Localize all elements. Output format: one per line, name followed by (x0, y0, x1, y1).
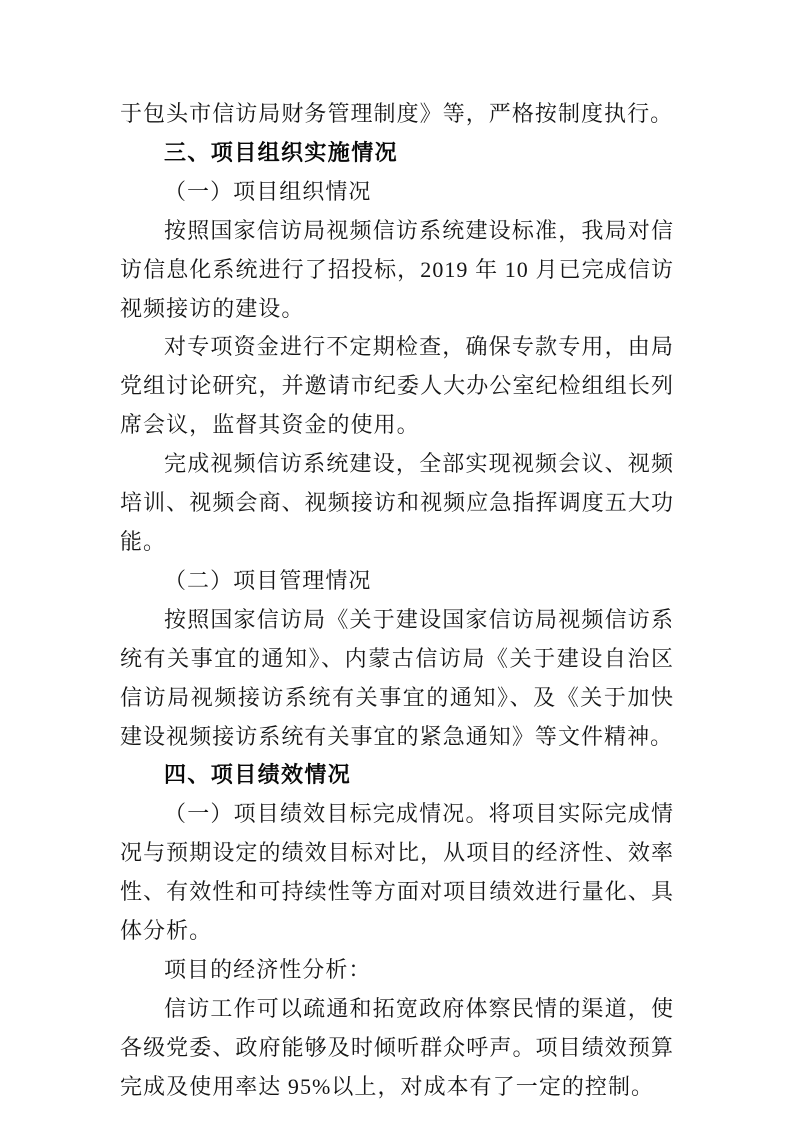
document-content: 于包头市信访局财务管理制度》等，严格按制度执行。 三、项目组织实施情况 （一）项… (120, 95, 674, 1107)
body-paragraph-economic-analysis-label: 项目的经济性分析： (120, 951, 674, 990)
body-paragraph-policy-documents: 按照国家信访局《关于建设国家信访局视频信访系统有关事宜的通知》、内蒙古信访局《关… (120, 601, 674, 757)
body-paragraph-system-functions: 完成视频信访系统建设，全部实现视频会议、视频培训、视频会商、视频接访和视频应急指… (120, 445, 674, 562)
body-paragraph-fund-inspection: 对专项资金进行不定期检查，确保专款专用，由局党组讨论研究，并邀请市纪委人大办公室… (120, 328, 674, 445)
body-paragraph-bidding: 按照国家信访局视频信访系统建设标准，我局对信访信息化系统进行了招投标，2019 … (120, 212, 674, 329)
section-heading-project-performance: 四、项目绩效情况 (120, 756, 674, 795)
body-paragraph-performance-target: （一）项目绩效目标完成情况。将项目实际完成情况与预期设定的绩效目标对比，从项目的… (120, 795, 674, 951)
sub-heading-project-organization: （一）项目组织情况 (120, 173, 674, 212)
body-paragraph-economic-analysis: 信访工作可以疏通和拓宽政府体察民情的渠道，使各级党委、政府能够及时倾听群众呼声。… (120, 990, 674, 1107)
document-page: 于包头市信访局财务管理制度》等，严格按制度执行。 三、项目组织实施情况 （一）项… (0, 0, 793, 1122)
paragraph-continuation: 于包头市信访局财务管理制度》等，严格按制度执行。 (120, 95, 674, 134)
sub-heading-project-management: （二）项目管理情况 (120, 562, 674, 601)
section-heading-organization-implementation: 三、项目组织实施情况 (120, 134, 674, 173)
